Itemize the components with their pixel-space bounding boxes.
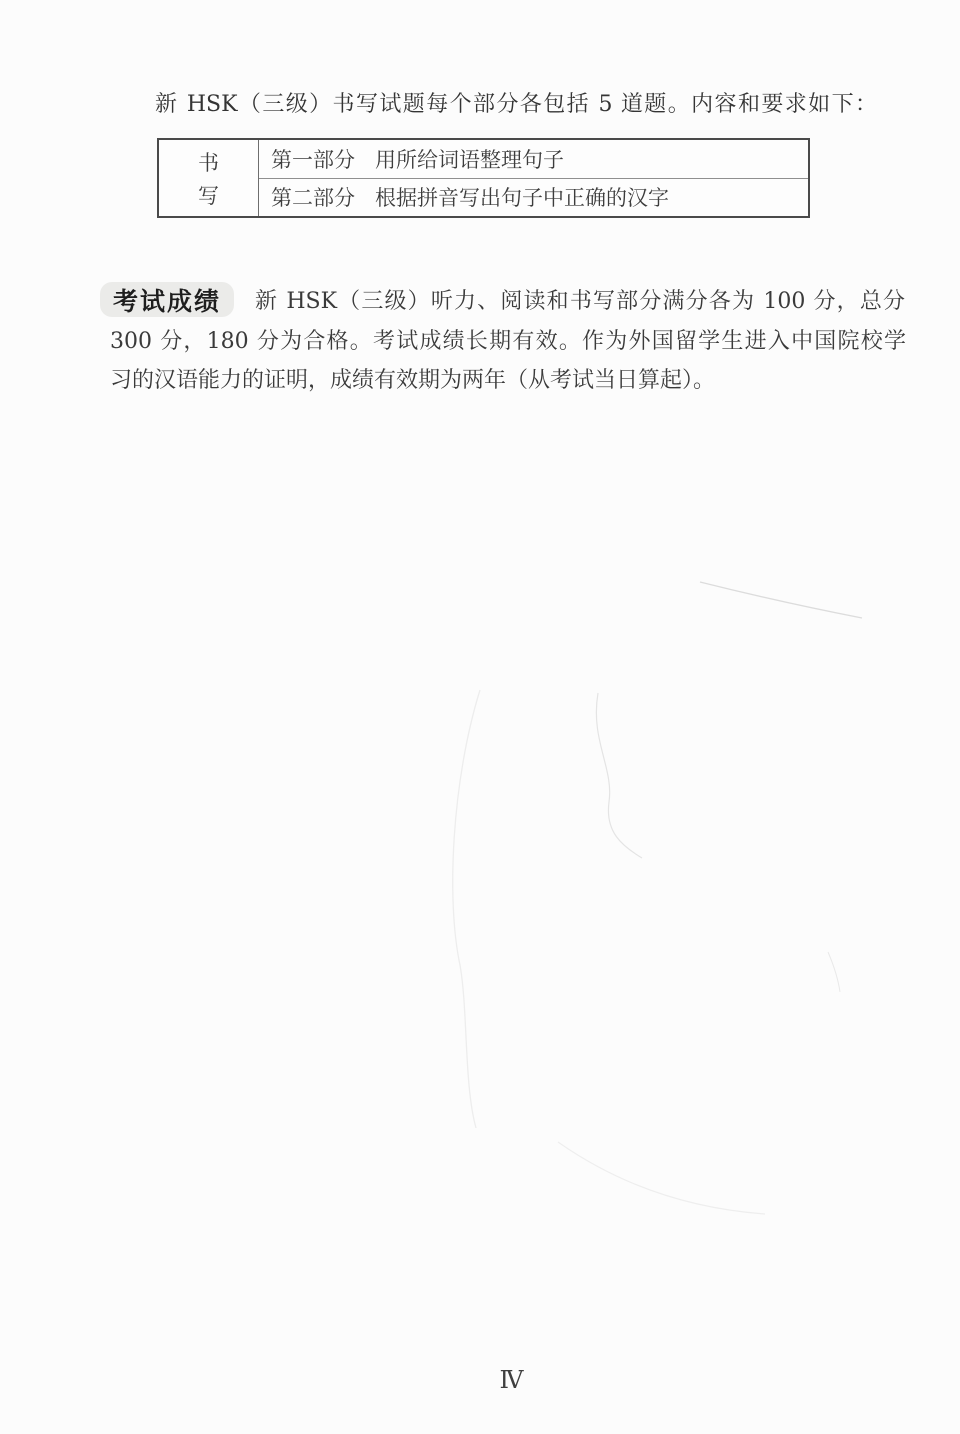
table-row: 第一部分 用所给词语整理句子 [259, 140, 808, 179]
section-label-char-xie: 写 [198, 180, 219, 210]
score-paragraph-line-3: 习的汉语能力的证明，成绩有效期为两年（从考试当日算起）。 [110, 366, 715, 396]
table-row: 第二部分 根据拼音写出句子中正确的汉字 [259, 179, 808, 217]
score-section-heading: 考试成绩 [100, 282, 234, 317]
table-cell-part-2: 第二部分 [271, 182, 355, 212]
scanned-document-page: 新 HSK（三级）书写试题每个部分各包括 5 道题。内容和要求如下： 书 写 第… [0, 0, 960, 1434]
score-paragraph-line-2: 300 分，180 分为合格。考试成绩长期有效。作为外国留学生进入中国院校学 [110, 327, 906, 357]
page-number: Ⅳ [32, 1366, 960, 1394]
table-cell-requirement-1: 用所给词语整理句子 [375, 144, 564, 174]
section-label-char-shu: 书 [198, 147, 219, 177]
score-paragraph-line-1: 新 HSK（三级）听力、阅读和书写部分满分各为 100 分，总分 [255, 287, 905, 317]
writing-section-table: 书 写 第一部分 用所给词语整理句子 第二部分 根据拼音写出句子中正确的汉字 [157, 138, 810, 218]
table-cell-part-1: 第一部分 [271, 144, 355, 174]
intro-paragraph: 新 HSK（三级）书写试题每个部分各包括 5 道题。内容和要求如下： [155, 90, 877, 120]
table-rows: 第一部分 用所给词语整理句子 第二部分 根据拼音写出句子中正确的汉字 [259, 140, 808, 216]
table-section-label-cell: 书 写 [159, 140, 259, 216]
table-cell-requirement-2: 根据拼音写出句子中正确的汉字 [375, 182, 669, 212]
